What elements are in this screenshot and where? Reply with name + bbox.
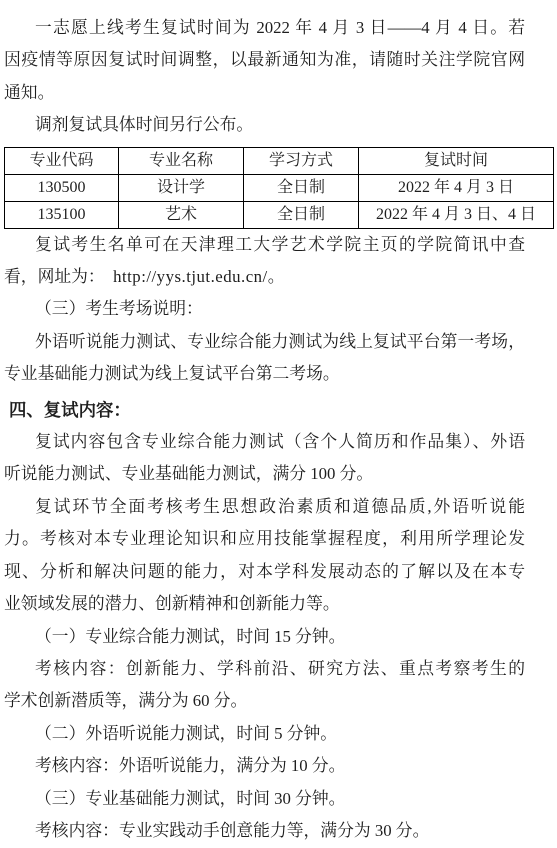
paragraph-line: 因疫情等原因复试时间调整，以最新通知为准，请随时关注学院官网 [4,44,525,76]
paragraph-line: 复试考生名单可在天津理工大学艺术学院主页的学院简讯中查 [4,229,525,261]
paragraph-line: 业领域发展的潜力、创新精神和创新能力等。 [4,588,525,620]
paragraph-line: 复试内容包含专业综合能力测试（含个人简历和作品集）、外语 [4,426,525,458]
col-header-study-mode: 学习方式 [244,147,359,174]
list-item-line: （一）专业综合能力测试，时间 15 分钟。 [4,621,525,653]
paragraph-line: 调剂复试具体时间另行公布。 [4,109,525,141]
table-cell-exam-time: 2022 年 4 月 3 日 [359,174,554,201]
paragraph-line: 一志愿上线考生复试时间为 2022 年 4 月 3 日——4 月 4 日。若 [4,12,525,44]
table-cell-major-code: 130500 [5,174,119,201]
subsection-heading: （三）考生考场说明： [4,293,525,325]
list-item-line: （二）外语听说能力测试，时间 5 分钟。 [4,718,525,750]
paragraph-line: 听说能力测试、专业基础能力测试，满分 100 分。 [4,458,525,490]
table-cell-exam-time: 2022 年 4 月 3 日、4 日 [359,201,554,228]
table-cell-study-mode: 全日制 [244,201,359,228]
paragraph-line: 考核内容：专业实践动手创意能力等，满分为 30 分。 [4,815,525,847]
table-header-row: 专业代码 专业名称 学习方式 复试时间 [5,147,554,174]
paragraph-line: 考核内容：外语听说能力，满分为 10 分。 [4,750,525,782]
table-cell-major-code: 135100 [5,201,119,228]
website-url[interactable]: http://yys.tjut.edu.cn/ [113,267,268,286]
paragraph-line: 复试环节全面考核考生思想政治素质和道德品质,外语听说能 [4,491,525,523]
col-header-major-name: 专业名称 [119,147,244,174]
table-row: 130500 设计学 全日制 2022 年 4 月 3 日 [5,174,554,201]
paragraph-line: 考核内容：创新能力、学科前沿、研究方法、重点考察考生的 [4,653,525,685]
paragraph-line: 力。考核对本专业理论知识和应用技能掌握程度，利用所学理论发 [4,523,525,555]
list-item-line: （三）专业基础能力测试，时间 30 分钟。 [4,783,525,815]
col-header-major-code: 专业代码 [5,147,119,174]
col-header-exam-time: 复试时间 [359,147,554,174]
admission-schedule-table: 专业代码 专业名称 学习方式 复试时间 130500 设计学 全日制 2022 … [4,147,554,229]
table-row: 135100 艺术 全日制 2022 年 4 月 3 日、4 日 [5,201,554,228]
url-line: 看，网址为： http://yys.tjut.edu.cn/。 [4,261,525,293]
table-cell-study-mode: 全日制 [244,174,359,201]
paragraph-line: 专业基础能力测试为线上复试平台第二考场。 [4,358,525,390]
url-line-prefix: 看，网址为： [4,267,113,286]
document-page: 一志愿上线考生复试时间为 2022 年 4 月 3 日——4 月 4 日。若 因… [0,0,557,848]
paragraph-line: 通知。 [4,77,525,109]
paragraph-line: 外语听说能力测试、专业综合能力测试为线上复试平台第一考场， [4,326,525,358]
paragraph-line: 现、分析和解决问题的能力，对本学科发展动态的了解以及在本专 [4,556,525,588]
table-cell-major-name: 设计学 [119,174,244,201]
table-cell-major-name: 艺术 [119,201,244,228]
url-line-suffix: 。 [268,267,285,286]
section-heading: 四、复试内容： [9,394,530,426]
paragraph-line: 学术创新潜质等，满分为 60 分。 [4,685,525,717]
